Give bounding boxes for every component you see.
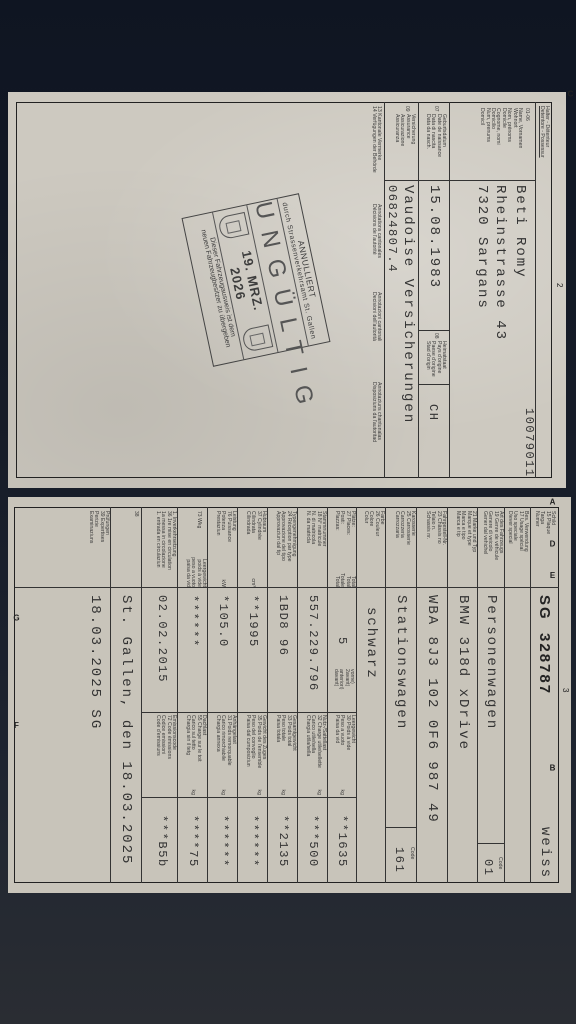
field-labels-body: Karosserie 25 Carrosserie Carrozzeria Ca… bbox=[393, 511, 415, 587]
divider bbox=[418, 102, 419, 478]
divider bbox=[450, 180, 536, 181]
seats-total: 5 bbox=[335, 637, 349, 646]
vin-value: WBA 8J3 102 0F6 987 49 bbox=[424, 595, 440, 824]
divider bbox=[419, 180, 450, 181]
field-labels-color: Farbe 26 Couleur Colore Colur bbox=[362, 511, 384, 587]
train-weight-value: ****** bbox=[246, 815, 260, 868]
label: Poids de l'ensemble bbox=[256, 722, 262, 768]
label: Code émissions bbox=[166, 722, 172, 759]
label: Potenza bbox=[220, 511, 226, 530]
field-labels-first-registration: 1. Inverkehrsetzung 36 1re mise en circu… bbox=[154, 511, 176, 587]
field-labels-seats: Plätze: Total 27 Places: Total Posti: To… bbox=[333, 511, 355, 587]
label: Chargia annexa bbox=[214, 715, 219, 795]
field-number-27: 27 bbox=[345, 511, 351, 517]
first-registration-value: 02.02.2015 bbox=[155, 595, 169, 683]
divider bbox=[384, 102, 385, 478]
divider bbox=[357, 587, 386, 588]
divider bbox=[111, 587, 142, 588]
label: Réception par type bbox=[286, 518, 292, 562]
divider bbox=[327, 507, 328, 883]
label: Poids total bbox=[286, 722, 292, 746]
label: Cylindrée bbox=[256, 518, 262, 540]
page-2-holder: 2 C Halter - Détenteur Detentore - Posse… bbox=[8, 92, 566, 488]
field-labels-insurance: Versicherung Assurance Assicurazione Ass… bbox=[393, 114, 415, 180]
field-number-09: 09 bbox=[404, 106, 410, 112]
annotations-rm: Annotaziuns chantunalas Disposiziuns da … bbox=[370, 382, 381, 477]
vehicle-type-value: Personenwagen bbox=[483, 595, 499, 730]
page-number: 2 bbox=[555, 283, 564, 287]
label: Puissance bbox=[226, 518, 232, 542]
label: Châssis no bbox=[436, 518, 442, 544]
field-number-26: 26 bbox=[374, 511, 380, 517]
unit: kg bbox=[220, 790, 225, 795]
divider bbox=[478, 843, 505, 844]
field-labels-plate: Schild 15 Plaque Targa Numer bbox=[533, 511, 555, 583]
label: paisa da vid bbox=[184, 511, 189, 587]
divider bbox=[417, 587, 448, 588]
divider bbox=[447, 507, 448, 883]
divider bbox=[448, 587, 478, 588]
label: Domicil bbox=[479, 108, 484, 178]
origin-value: CH bbox=[426, 404, 440, 422]
field-number-55: 55 bbox=[196, 715, 202, 721]
field-number-18: 18 bbox=[316, 511, 322, 517]
divider bbox=[530, 507, 531, 883]
field-number-30: 30 bbox=[345, 715, 351, 721]
divider bbox=[419, 330, 450, 331]
make-model-value: BMW 318d xDrive bbox=[455, 595, 471, 751]
field-number-23: 23 bbox=[436, 511, 442, 517]
divider bbox=[478, 587, 505, 588]
field-number-17: 17 bbox=[518, 511, 524, 517]
label: Chargia utila/sella bbox=[304, 715, 309, 795]
annotations-fr: Annotations cantonales Décisions de l'au… bbox=[370, 204, 381, 284]
seats-front-labels: vorne) 2avant) anteriori) davant) bbox=[332, 669, 354, 709]
plate-number: SG 328787 bbox=[536, 595, 553, 695]
field-labels-empty-weight: Leergewicht 30 Poids à vide Peso a vuoto… bbox=[333, 715, 355, 795]
label: Décisions de l'autorité bbox=[370, 204, 375, 284]
color-value: schwarz bbox=[363, 607, 379, 680]
label: Expertises bbox=[99, 518, 105, 542]
label: Marca e tip bbox=[454, 511, 459, 587]
label: Gener dal vehichel bbox=[481, 511, 486, 587]
field-labels-base-number: Stammnummer 18 N° matricule N. di matric… bbox=[304, 511, 326, 587]
label: Carico rimorchiabile bbox=[220, 715, 226, 761]
field-labels-emission-code: Emissionscode 72 Code émissions Codice e… bbox=[154, 715, 176, 795]
field-number-73: 73 bbox=[196, 511, 202, 517]
label: Plazzas: bbox=[334, 511, 340, 531]
field-labels-special-use: Bes. Verwendung 17 Usage spécial Uso spe… bbox=[506, 511, 528, 587]
unit: kg bbox=[339, 790, 344, 795]
unit: kg bbox=[315, 790, 320, 795]
divider bbox=[386, 827, 417, 828]
inspection-value: 18.03.2025 SG bbox=[87, 595, 103, 730]
birthdate-value: 15.08.1983 bbox=[426, 185, 442, 289]
section-letter-c: C bbox=[568, 89, 574, 98]
field-number-35: 35 bbox=[256, 715, 262, 721]
label: Code d'emissiuns bbox=[154, 715, 159, 795]
divider bbox=[15, 587, 111, 588]
code-label: Code bbox=[409, 847, 414, 859]
label: Carrosserie bbox=[405, 518, 411, 545]
label: Carrozzaria bbox=[393, 511, 398, 587]
serial-number: 10079011 bbox=[522, 408, 536, 478]
section-letter-f: F bbox=[14, 721, 19, 730]
label: Approvaziun dal tip bbox=[274, 511, 279, 587]
holder-street: Rheinstrasse 43 bbox=[492, 185, 508, 341]
label: Places: bbox=[345, 518, 351, 535]
issue-place-date: St. Gallen, den 18.03.2025 bbox=[118, 595, 134, 865]
plate-digits: 328787 bbox=[536, 633, 553, 695]
field-number-08: 08 bbox=[433, 333, 439, 339]
insurance-name: Vaudoise Versicherungen bbox=[400, 185, 416, 424]
label: Cilindrata bbox=[250, 511, 256, 533]
label: Peso totale bbox=[280, 715, 286, 741]
divider bbox=[110, 507, 111, 883]
divider bbox=[449, 102, 450, 478]
unit: kg bbox=[190, 790, 195, 795]
label: davant) bbox=[332, 669, 337, 709]
label: 1re mise en circulation bbox=[166, 518, 172, 570]
divider bbox=[386, 587, 417, 588]
label: Stad d'origin bbox=[424, 341, 429, 385]
insurance-number: 06824807.4 bbox=[385, 185, 399, 273]
section-c-heading: Halter - Détenteur Detentore - Possessur bbox=[538, 106, 549, 186]
unit: kg bbox=[280, 790, 285, 795]
body-code: 161 bbox=[392, 847, 406, 873]
section-letter-b: B bbox=[550, 763, 556, 772]
base-number-value: 557.229.796 bbox=[306, 595, 320, 692]
label: Plaque bbox=[545, 518, 551, 534]
divider bbox=[477, 507, 478, 883]
label: Plätze: bbox=[350, 511, 356, 527]
field-labels-make: 21 Marke und Typ Marque et type Marca e … bbox=[454, 511, 476, 587]
type-approval-value: 1BD8 96 bbox=[276, 595, 290, 657]
label: N° matricule bbox=[316, 518, 322, 546]
unit: kg bbox=[255, 790, 260, 795]
field-number-13: 13 bbox=[376, 106, 382, 112]
field-number-31: 31 bbox=[226, 715, 232, 721]
label: Numer bbox=[533, 511, 538, 583]
payload-value: ***500 bbox=[306, 815, 320, 868]
power-value: *105.0 bbox=[216, 595, 230, 648]
label: Couleur bbox=[374, 518, 380, 536]
label: Kantonale Vermerke bbox=[376, 113, 382, 160]
label: Poids à vide bbox=[345, 722, 351, 750]
label: avant) bbox=[344, 672, 350, 686]
field-number-32: 32 bbox=[316, 715, 322, 721]
label: Paisa totala bbox=[274, 715, 279, 795]
label: Cilindrada bbox=[244, 511, 249, 587]
unit: kW bbox=[220, 580, 225, 588]
label: Domicile bbox=[500, 108, 505, 178]
page-number: 3 bbox=[561, 688, 570, 692]
field-labels-power: Leistung 76 Puissance Potenza kW Prestaz… bbox=[214, 511, 236, 587]
divider bbox=[142, 712, 357, 713]
divider bbox=[419, 384, 450, 385]
field-labels-type-approval: Typengenehmigung 24 Réception par type A… bbox=[274, 511, 296, 587]
roof-load-value: ****75 bbox=[186, 815, 200, 868]
heading-line-2: Detentore - Possessur bbox=[538, 106, 543, 186]
field-labels-inspections: Prüfungen 39 Expertises Perizie Examinaz… bbox=[87, 511, 109, 587]
label: Carico sul tetto bbox=[190, 715, 196, 750]
holder-city: 7320 Sargans bbox=[474, 185, 490, 310]
field-labels-displacement: Hubraum 37 Cylindrée Cilindrata cm³ Cili… bbox=[244, 511, 266, 587]
divider bbox=[237, 507, 238, 883]
field-number-36: 36 bbox=[166, 511, 172, 517]
field-number-19: 19 bbox=[493, 511, 499, 517]
weight-kg-value: ****** bbox=[186, 595, 200, 648]
label: Wkg bbox=[196, 518, 202, 528]
field-labels-towing: Anhängelast 31 Poids remorquable Carico … bbox=[214, 715, 236, 795]
field-number-25: 25 bbox=[405, 511, 411, 517]
label: 1. entrada en circulaziun bbox=[154, 511, 159, 587]
field-labels-vehicle-type: Art des Fahrzeugs 19 Genre de véhicule G… bbox=[481, 511, 503, 587]
field-number-39: 39 bbox=[99, 511, 105, 517]
field-labels-name: Name, Vornamen Wohnort Nom, prénoms Domi… bbox=[479, 108, 522, 178]
label: Posti: bbox=[339, 511, 345, 524]
field-number-24: 24 bbox=[286, 511, 292, 517]
label: Decisioni dell'autorità bbox=[370, 292, 375, 372]
label: Disposiziuns da l'autoritad bbox=[370, 382, 375, 477]
field-number-38: 38 bbox=[133, 511, 139, 517]
field-labels-roof-load: Dachlast 55 Charge sur le toit Carico su… bbox=[184, 715, 206, 795]
field-number-33: 33 bbox=[286, 715, 292, 721]
divider bbox=[141, 507, 142, 883]
divider bbox=[177, 507, 178, 883]
field-number-07: 07 bbox=[433, 106, 439, 112]
field-number-14: 14 bbox=[371, 106, 377, 112]
field-labels-total-weight: Gesamtgewicht 33 Poids total Peso totale… bbox=[274, 715, 296, 795]
field-labels-birthdate: Geburtsdatum Date de naissance Data di n… bbox=[424, 114, 446, 180]
label: Schild bbox=[550, 511, 556, 525]
field-number-21: 21 bbox=[471, 511, 477, 517]
vehicle-type-code: 01 bbox=[481, 859, 495, 877]
label: Peso a vuoto bbox=[339, 715, 345, 745]
field-labels-origin: Heimatstaat Pays d'origine Paese d'origi… bbox=[424, 341, 446, 385]
emission-code-value: ***B5b bbox=[155, 815, 169, 868]
divider bbox=[385, 507, 386, 883]
label: Prestaziun bbox=[214, 511, 219, 587]
field-labels-cantonal: 13 Kantonale Vermerke 14 Verfügungen der… bbox=[370, 106, 381, 196]
label: Verfügungen der Behörde bbox=[371, 113, 377, 172]
unit: cm³ bbox=[250, 578, 255, 587]
field-number-76: 76 bbox=[226, 511, 232, 517]
label: Diever special bbox=[506, 511, 511, 587]
code-label: Code bbox=[497, 857, 502, 869]
field-labels-weight-kg: Leergewicht 73 Wkg poids à vide peso a v… bbox=[184, 511, 206, 587]
holder-name: Beti Romy bbox=[512, 185, 528, 279]
label: Genre de véhicule bbox=[493, 518, 499, 560]
section-letter-a: A bbox=[550, 497, 556, 506]
divider bbox=[142, 797, 357, 798]
label: Total bbox=[333, 576, 338, 587]
plate-canton: SG bbox=[536, 595, 553, 621]
divider bbox=[267, 507, 268, 883]
divider bbox=[142, 587, 357, 588]
label: Assicuranza bbox=[393, 114, 398, 180]
total-weight-value: **2135 bbox=[276, 815, 290, 868]
label: Poids remorquable bbox=[226, 722, 232, 766]
field-number-01-06: 01-06 bbox=[524, 108, 530, 121]
field-number-15: 15 bbox=[545, 511, 551, 517]
label: Charge utile/sellette bbox=[316, 722, 322, 768]
divider bbox=[385, 180, 419, 181]
label: Usage spécial bbox=[518, 518, 524, 551]
section-letter-g: G bbox=[13, 614, 19, 623]
divider bbox=[207, 507, 208, 883]
plate-color: weiss bbox=[537, 827, 553, 879]
label: Marke und Typ bbox=[471, 518, 477, 552]
label: Colur bbox=[362, 511, 367, 587]
field-labels-train-weight: Gewicht des Zuges 35 Poids de l'ensemble… bbox=[244, 715, 266, 795]
divider bbox=[356, 507, 357, 883]
field-labels-chassis: Fahrgestell-Nr. 23 Châssis no Telaio n. … bbox=[424, 511, 446, 587]
page-3-holder: 3 A D E B F G Schild 15 Plaque Targa Num… bbox=[8, 497, 571, 893]
divider bbox=[504, 507, 505, 883]
label: Charge sur le toit bbox=[196, 722, 202, 762]
label: Paisa dal cumposiziun bbox=[244, 715, 249, 795]
displacement-value: **1995 bbox=[246, 595, 260, 648]
field-number-37: 37 bbox=[256, 511, 262, 517]
label: Chargia sin il tetg bbox=[184, 715, 189, 795]
divider bbox=[297, 507, 298, 883]
label: Schassis nr. bbox=[424, 511, 429, 587]
label: Data da nasch. bbox=[424, 114, 429, 180]
annotations-it: Annotazioni cantonali Decisioni dell'aut… bbox=[370, 292, 381, 372]
towing-value: ****** bbox=[216, 815, 230, 868]
label: Examinaziuns bbox=[87, 511, 92, 587]
label: N. da matricla bbox=[304, 511, 309, 587]
label: Paisa da vid bbox=[333, 715, 338, 795]
field-labels-payload: Nutz-/Sattellast 32 Charge utile/sellett… bbox=[304, 715, 326, 795]
field-number-72: 72 bbox=[166, 715, 172, 721]
body-value: Stationswagen bbox=[393, 595, 409, 730]
empty-weight-value: **1635 bbox=[335, 815, 349, 868]
